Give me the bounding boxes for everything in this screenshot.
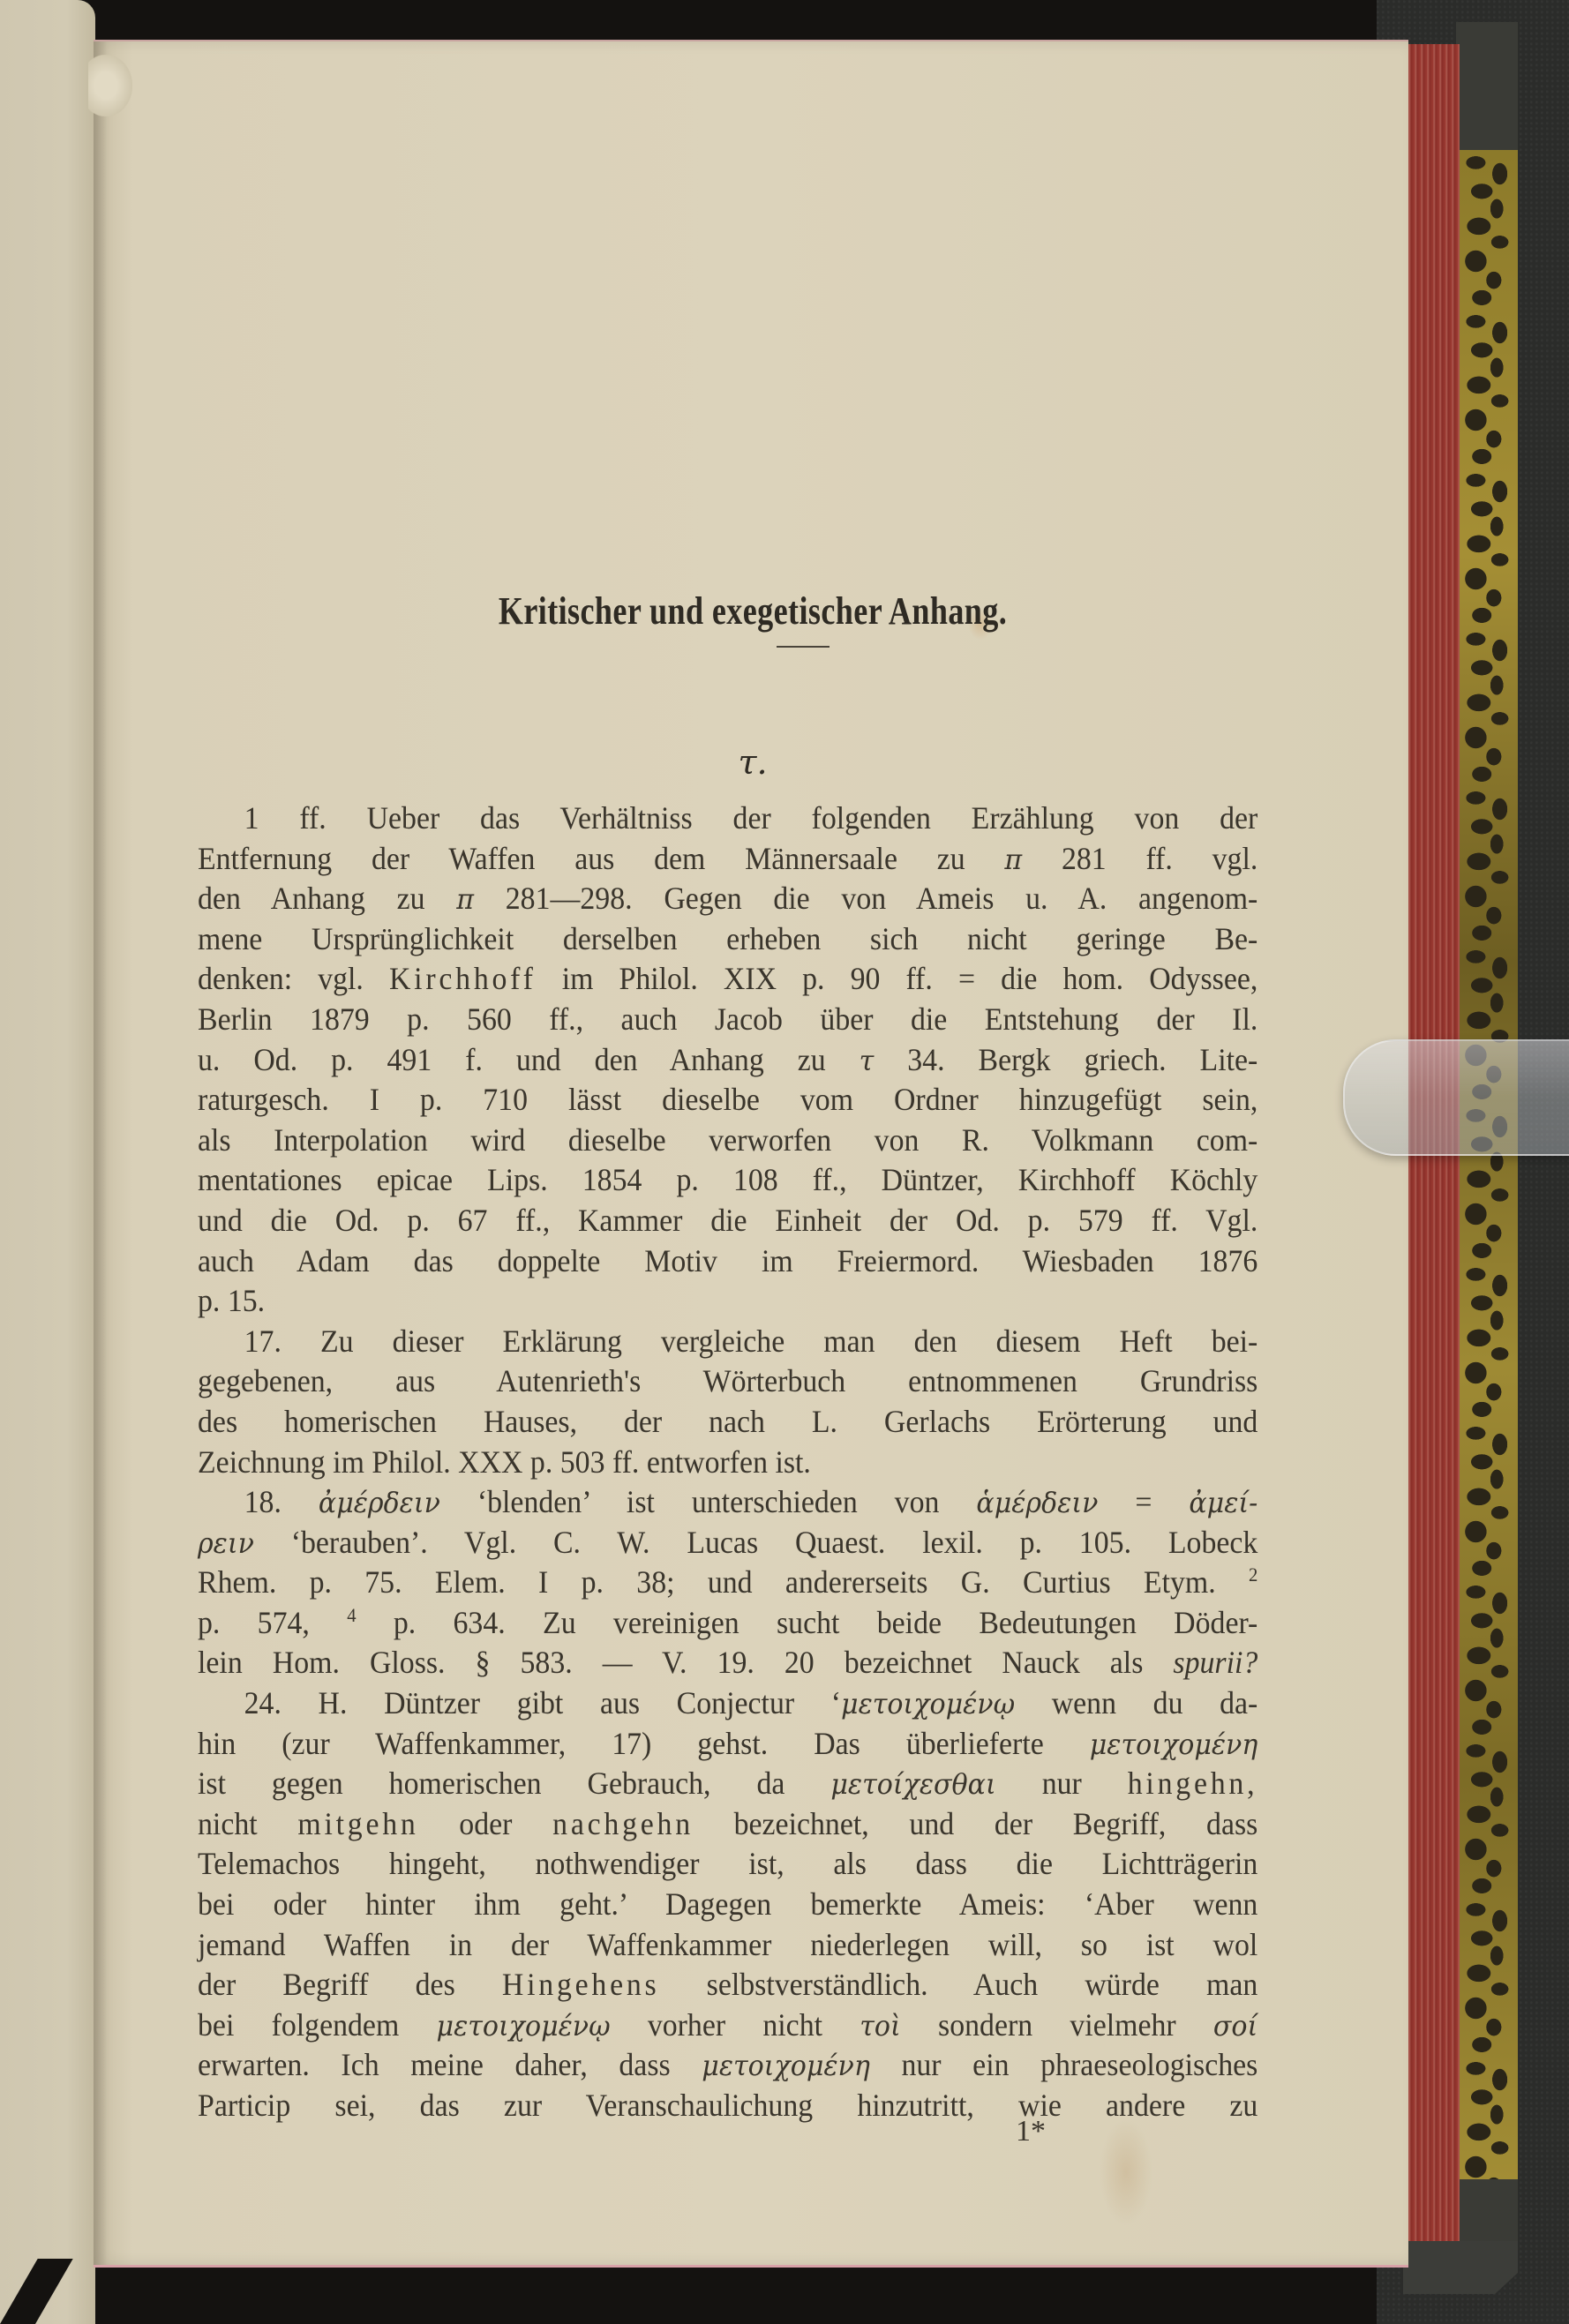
text-segment: als Interpolation wird dieselbe verworfe… (198, 1122, 1257, 1158)
text-segment: des homerischen Hauses, der nach L. Gerl… (198, 1404, 1257, 1439)
text-segment: und die Od. p. 67 ff., Kammer die Einhei… (198, 1203, 1257, 1238)
text-segment: Rhem. p. 75. Elem. I p. 38; und anderers… (198, 1564, 1249, 1600)
text-line: der Begriff des Hingehens selbstverständ… (198, 1965, 1257, 2005)
page-title: Kritischer und exegetischer Anhang. (297, 588, 1208, 633)
text-line: Berlin 1879 p. 560 ff., auch Jacob über … (198, 1000, 1257, 1040)
edition-superscript: 4 (347, 1604, 356, 1626)
text-line: mene Ursprünglichkeit derselben erheben … (198, 919, 1257, 960)
text-segment: ist gegen homerischen Gebrauch, da (198, 1765, 830, 1801)
text-segment: 1 ff. Ueber das Verhältniss der folgende… (244, 800, 1258, 836)
text-line: 18. ἀμέρδειν ‘blenden’ ist unterschieden… (198, 1482, 1257, 1523)
text-line: hin (zur Waffenkammer, 17) gehst. Das üb… (198, 1724, 1257, 1765)
text-line: bei folgendem μετοιχομένῳ vorher nicht τ… (198, 2005, 1257, 2046)
text-segment: wenn du da- (1015, 1685, 1257, 1721)
text-line: auch Adam das doppelte Motiv im Freiermo… (198, 1241, 1257, 1282)
text-segment: mentationes epicae Lips. 1854 p. 108 ff.… (198, 1162, 1257, 1197)
greek-term: σοί (1213, 2009, 1257, 2043)
text-segment: jemand Waffen in der Waffenkammer nieder… (198, 1927, 1257, 1962)
text-segment: im Philol. XIX p. 90 ff. = die hom. Odys… (537, 961, 1258, 996)
text-segment: spurii? (1173, 1645, 1257, 1680)
text-line: gegebenen, aus Autenrieth's Wörterbuch e… (198, 1361, 1257, 1402)
text-segment: nur (996, 1765, 1128, 1801)
text-line: Telemachos hingeht, nothwendiger ist, al… (198, 1844, 1257, 1885)
text-line: erwarten. Ich meine daher, dass μετοιχομ… (198, 2045, 1257, 2086)
cover-corner (1403, 2241, 1518, 2294)
greek-term: μετοιχομένη (1090, 1728, 1258, 1761)
greek-term: μετοίχεσθαι (830, 1767, 995, 1801)
page-number: 1* (1016, 2115, 1046, 2148)
text-line: bei oder hinter ihm geht.’ Dagegen bemer… (198, 1885, 1257, 1925)
text-segment: lein Hom. Gloss. § 583. — V. 19. 20 beze… (198, 1645, 1173, 1680)
text-line: nicht mitgehn oder nachgehn bezeichnet, … (198, 1804, 1257, 1845)
text-segment: ‘berauben’. Vgl. C. W. Lucas Quaest. lex… (254, 1525, 1257, 1560)
text-segment: der Begriff des (198, 1967, 502, 2002)
text-segment: raturgesch. I p. 710 lässt dieselbe vom … (198, 1082, 1257, 1117)
text-line: u. Od. p. 491 f. und den Anhang zu τ 34.… (198, 1040, 1257, 1081)
greek-term: π (1004, 843, 1022, 876)
text-segment: ‘blenden’ ist unterschieden von (440, 1484, 976, 1519)
greek-term: τ (860, 1044, 875, 1077)
text-segment: p. 574, (198, 1605, 347, 1640)
section-label: τ. (198, 743, 1308, 782)
commentary-body: 1 ff. Ueber das Verhältniss der folgende… (198, 798, 1257, 2126)
text-line: raturgesch. I p. 710 lässt dieselbe vom … (198, 1080, 1257, 1121)
text-line: ist gegen homerischen Gebrauch, da μετοί… (198, 1764, 1257, 1804)
text-segment: bei folgendem (198, 2007, 437, 2043)
text-segment: mene Ursprünglichkeit derselben erheben … (198, 921, 1257, 956)
text-line: mentationes epicae Lips. 1854 p. 108 ff.… (198, 1160, 1257, 1201)
text-segment: p. 634. Zu vereinigen sucht beide Bedeut… (357, 1605, 1258, 1640)
text-segment: Zeichnung im Philol. XXX p. 503 ff. entw… (198, 1444, 811, 1480)
text-line: und die Od. p. 67 ff., Kammer die Einhei… (198, 1201, 1257, 1241)
greek-term: μετοιχομένῳ (841, 1687, 1015, 1721)
text-segment: p. 15. (198, 1283, 265, 1318)
text-segment: bezeichnet, und der Begriff, dass (694, 1806, 1257, 1841)
text-line: Entfernung der Waffen aus dem Männersaal… (198, 839, 1257, 880)
text-line: den Anhang zu π 281—298. Gegen die von A… (198, 879, 1257, 919)
text-segment: selbstverständlich. Auch würde man (659, 1967, 1257, 2002)
text-segment: Entfernung der Waffen aus dem Männersaal… (198, 841, 1004, 876)
transparent-page-clip (1343, 1039, 1569, 1156)
greek-term: μετοιχομένῳ (437, 2009, 611, 2043)
text-segment: hingehn, (1128, 1765, 1258, 1801)
text-line: denken: vgl. Kirchhoff im Philol. XIX p.… (198, 959, 1257, 1000)
text-segment: hin (zur Waffenkammer, 17) gehst. Das üb… (198, 1726, 1090, 1761)
text-segment: 34. Bergk griech. Lite- (874, 1042, 1257, 1077)
text-segment: Kirchhoff (389, 961, 537, 996)
marbled-board-edge (1458, 150, 1518, 2179)
text-segment: Hingehens (502, 1967, 660, 2002)
text-segment: gegebenen, aus Autenrieth's Wörterbuch e… (198, 1363, 1257, 1398)
greek-term: τοὶ (860, 2009, 901, 2043)
book-page: Kritischer und exegetischer Anhang. τ. 1… (94, 40, 1408, 2268)
greek-term: ἁμέρδειν (976, 1486, 1098, 1519)
text-segment: nachgehn (552, 1806, 694, 1841)
text-line: Zeichnung im Philol. XXX p. 503 ff. entw… (198, 1443, 1257, 1483)
text-segment: nicht (198, 1806, 297, 1841)
text-line: jemand Waffen in der Waffenkammer nieder… (198, 1925, 1257, 1966)
text-segment: Telemachos hingeht, nothwendiger ist, al… (198, 1846, 1257, 1881)
text-line: 17. Zu dieser Erklärung vergleiche man d… (198, 1322, 1257, 1362)
text-segment: 17. Zu dieser Erklärung vergleiche man d… (244, 1323, 1258, 1359)
binding-fold (88, 55, 132, 116)
text-segment: den Anhang zu (198, 881, 456, 916)
greek-term: ρειν (198, 1526, 254, 1560)
text-segment: erwarten. Ich meine daher, dass (198, 2047, 702, 2082)
text-line: des homerischen Hauses, der nach L. Gerl… (198, 1402, 1257, 1443)
text-segment: u. Od. p. 491 f. und den Anhang zu (198, 1042, 860, 1077)
text-segment: bei oder hinter ihm geht.’ Dagegen bemer… (198, 1886, 1257, 1922)
text-line: lein Hom. Gloss. § 583. — V. 19. 20 beze… (198, 1643, 1257, 1683)
page-gutter-shadow (94, 41, 108, 2265)
text-segment: oder (419, 1806, 553, 1841)
edition-superscript: 2 (1249, 1563, 1257, 1586)
text-segment: Particip sei, das zur Veranschaulichung … (198, 2088, 1257, 2123)
text-segment: auch Adam das doppelte Motiv im Freiermo… (198, 1243, 1257, 1278)
greek-term: ἀμέρδειν (319, 1486, 440, 1519)
text-segment: 281 ff. vgl. (1022, 841, 1257, 876)
greek-term: μετοιχομένη (702, 2049, 870, 2082)
text-line: p. 574, 4 p. 634. Zu vereinigen sucht be… (198, 1603, 1257, 1644)
text-line: p. 15. (198, 1281, 1257, 1322)
text-line: Particip sei, das zur Veranschaulichung … (198, 2086, 1257, 2126)
text-segment: Berlin 1879 p. 560 ff., auch Jacob über … (198, 1001, 1257, 1037)
text-segment: nur ein phraeseologisches (870, 2047, 1257, 2082)
greek-term: ἀμεί- (1189, 1486, 1257, 1519)
text-segment: denken: vgl. (198, 961, 389, 996)
greek-term: π (456, 882, 474, 916)
text-line: 24. H. Düntzer gibt aus Conjectur ‘μετοι… (198, 1683, 1257, 1724)
text-segment: mitgehn (297, 1806, 418, 1841)
title-rule-divider (777, 646, 830, 648)
text-segment: 18. (244, 1484, 319, 1519)
left-facing-page (0, 0, 95, 2324)
text-segment: sondern vielmehr (901, 2007, 1213, 2043)
text-line: Rhem. p. 75. Elem. I p. 38; und anderers… (198, 1563, 1257, 1603)
text-segment: vorher nicht (611, 2007, 860, 2043)
text-segment: 24. H. Düntzer gibt aus Conjectur ‘ (244, 1685, 841, 1721)
text-line: 1 ff. Ueber das Verhältniss der folgende… (198, 798, 1257, 839)
text-line: als Interpolation wird dieselbe verworfe… (198, 1121, 1257, 1161)
text-segment: = (1098, 1484, 1189, 1519)
text-segment: 281—298. Gegen die von Ameis u. A. angen… (474, 881, 1257, 916)
text-line: ρειν ‘berauben’. Vgl. C. W. Lucas Quaest… (198, 1523, 1257, 1563)
